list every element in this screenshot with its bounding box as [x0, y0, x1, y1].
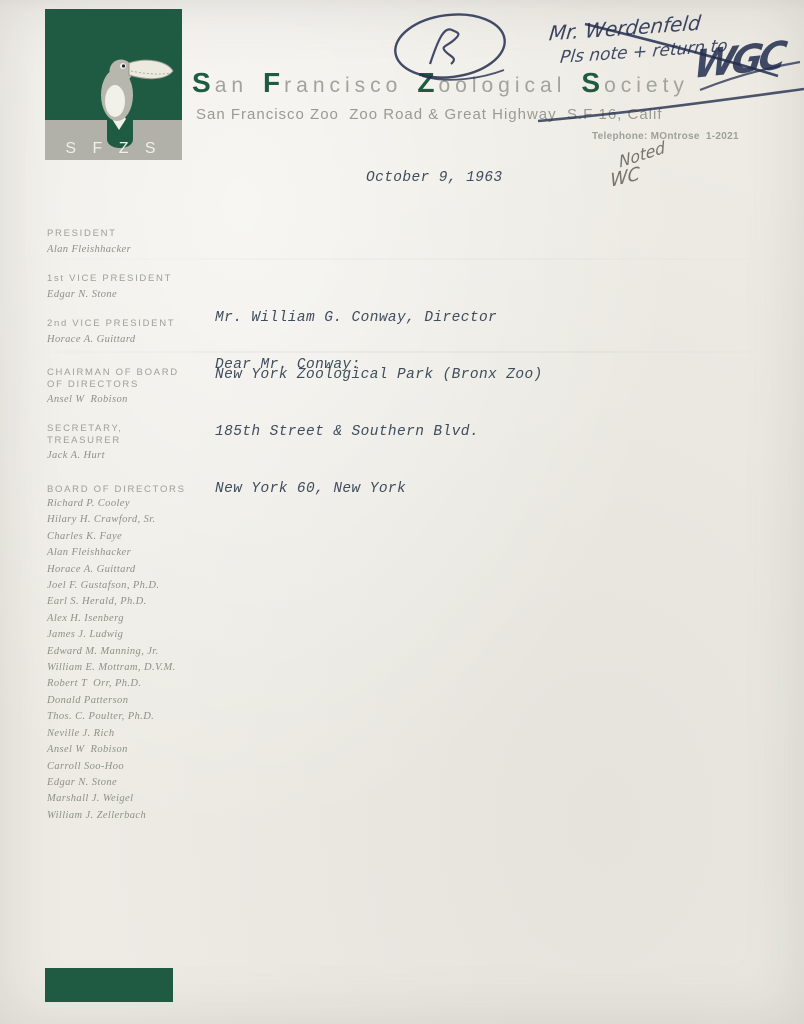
- org-address-line: San Francisco Zoo Zoo Road & Great Highw…: [196, 106, 663, 123]
- toucan-icon: S F Z S: [45, 9, 182, 160]
- officer-block-secretary: SECRETARY, TREASURER Jack A. Hurt: [47, 423, 123, 461]
- board-member: Joel F. Gustafson, Ph.D.: [47, 578, 176, 594]
- officer-block-president: PRESIDENT Alan Fleishhacker: [47, 228, 131, 255]
- officer-name: Jack A. Hurt: [47, 450, 123, 461]
- officer-name: Ansel W Robison: [47, 394, 179, 405]
- org-rest-letters: ociety: [604, 74, 689, 97]
- board-member: Richard P. Cooley: [47, 496, 176, 512]
- org-lead-letter: S: [192, 67, 215, 98]
- recipient-line: 185th Street & Southern Blvd.: [215, 423, 543, 442]
- letter-page: S F Z S SanFranciscoZoologicalSociety Sa…: [0, 0, 804, 1024]
- officer-block-chairman: CHAIRMAN OF BOARD OF DIRECTORS Ansel W R…: [47, 367, 179, 405]
- recipient-line: New York 60, New York: [215, 480, 543, 499]
- board-member: Edward M. Manning, Jr.: [47, 644, 176, 660]
- circled-initials-icon: [388, 6, 518, 96]
- board-member: Donald Patterson: [47, 693, 176, 709]
- board-member: Edgar N. Stone: [47, 775, 176, 791]
- recipient-address: Mr. William G. Conway, Director New York…: [215, 271, 543, 537]
- salutation: Dear Mr. Conway:: [215, 357, 361, 373]
- board-member: Horace A. Guittard: [47, 562, 176, 578]
- officer-block-1st-vp: 1st VICE PRESIDENT Edgar N. Stone: [47, 273, 172, 300]
- officer-name: Edgar N. Stone: [47, 289, 172, 300]
- board-member: Carroll Soo-Hoo: [47, 759, 176, 775]
- board-list: Richard P. Cooley Hilary H. Crawford, Sr…: [47, 496, 176, 824]
- board-member: William J. Zellerbach: [47, 808, 176, 824]
- board-member: Charles K. Faye: [47, 529, 176, 545]
- org-lead-letter: S: [581, 67, 604, 98]
- org-rest-letters: an: [215, 74, 248, 97]
- officer-title: 1st VICE PRESIDENT: [47, 273, 172, 285]
- board-member: Alex H. Isenberg: [47, 611, 176, 627]
- sfzs-logo: S F Z S: [45, 9, 182, 160]
- officer-title: 2nd VICE PRESIDENT: [47, 318, 175, 330]
- board-member: Neville J. Rich: [47, 726, 176, 742]
- board-member: William E. Mottram, D.V.M.: [47, 660, 176, 676]
- board-member: Marshall J. Weigel: [47, 791, 176, 807]
- board-member: Hilary H. Crawford, Sr.: [47, 512, 176, 528]
- officer-name: Horace A. Guittard: [47, 334, 175, 345]
- board-member: Earl S. Herald, Ph.D.: [47, 594, 176, 610]
- board-member: Robert T Orr, Ph.D.: [47, 676, 176, 692]
- pencil-noted-initials: WC: [610, 163, 640, 192]
- officer-name: Alan Fleishhacker: [47, 244, 131, 255]
- letter-date: October 9, 1963: [366, 170, 503, 186]
- telephone-line: Telephone: MOntrose 1-2021: [592, 131, 739, 142]
- recipient-line: Mr. William G. Conway, Director: [215, 309, 543, 328]
- officer-block-2nd-vp: 2nd VICE PRESIDENT Horace A. Guittard: [47, 318, 175, 345]
- officer-title: SECRETARY, TREASURER: [47, 423, 123, 446]
- org-word: San: [192, 68, 248, 101]
- board-member: James J. Ludwig: [47, 627, 176, 643]
- logo-acronym: S F Z S: [65, 140, 161, 157]
- paper-crease: [0, 258, 804, 260]
- board-heading: BOARD OF DIRECTORS: [47, 484, 186, 495]
- org-word: Francisco: [263, 68, 402, 101]
- org-rest-letters: rancisco: [284, 74, 402, 97]
- org-word: Society: [581, 68, 689, 101]
- handwritten-initials-wgc: WGC: [691, 33, 786, 87]
- board-member: Alan Fleishhacker: [47, 545, 176, 561]
- officer-title: PRESIDENT: [47, 228, 131, 240]
- bottom-green-bar: [45, 968, 173, 1002]
- org-lead-letter: F: [263, 67, 284, 98]
- officer-title: CHAIRMAN OF BOARD OF DIRECTORS: [47, 367, 179, 390]
- board-member: Ansel W Robison: [47, 742, 176, 758]
- board-member: Thos. C. Poulter, Ph.D.: [47, 709, 176, 725]
